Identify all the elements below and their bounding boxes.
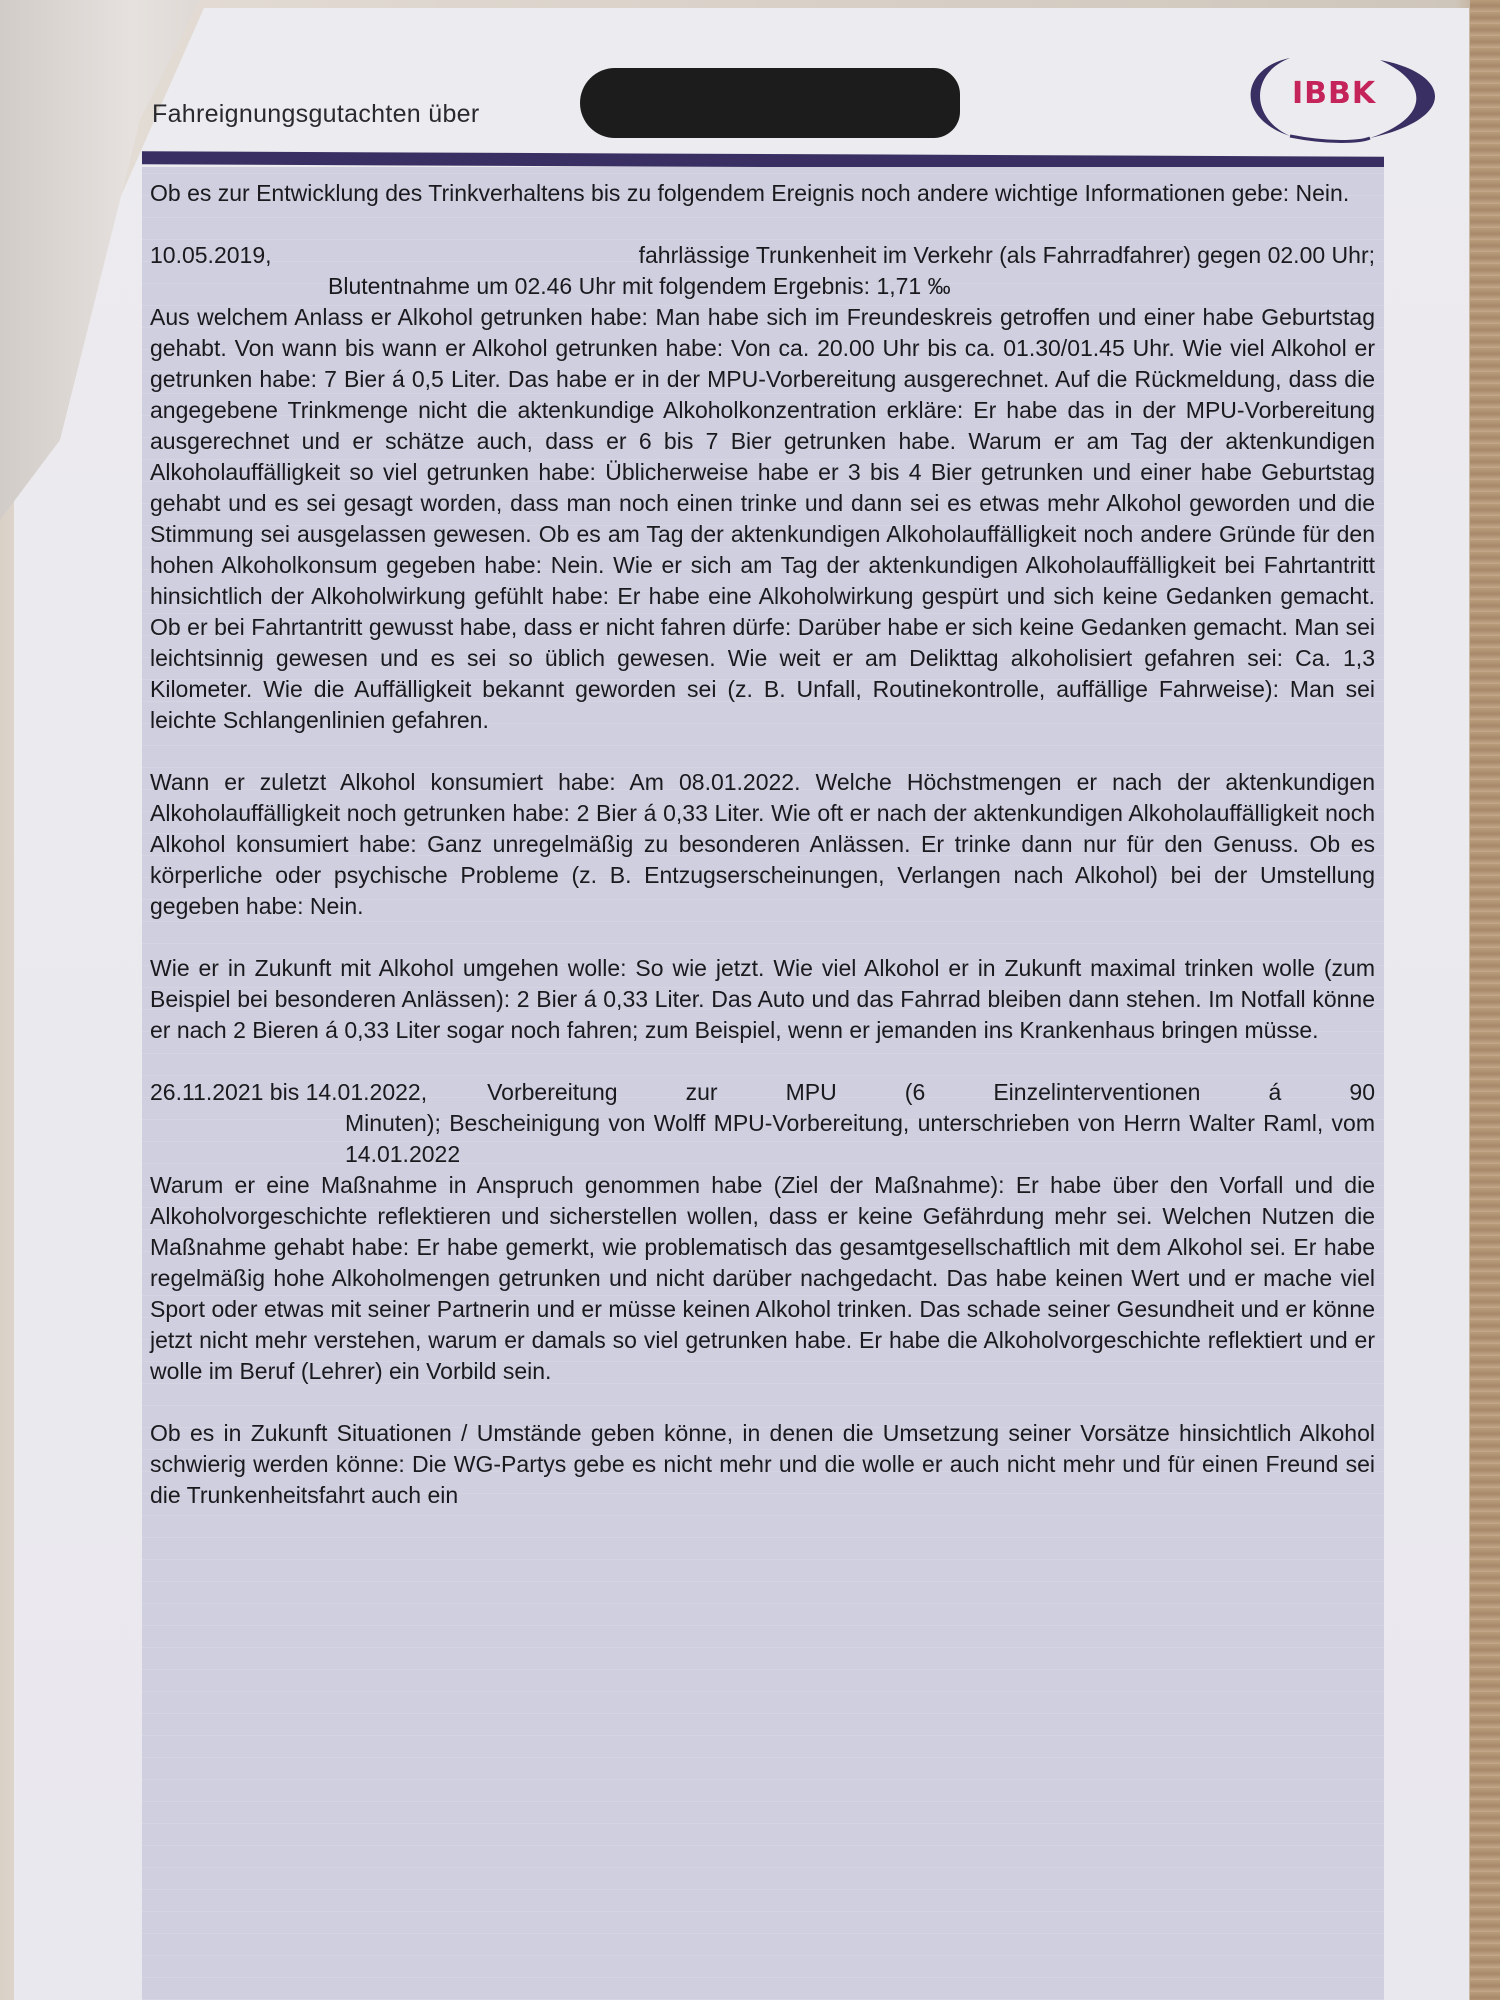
report-body: Ob es zur Entwicklung des Trinkverhalten… [150, 178, 1375, 1511]
mpu-date: 26.11.2021 bis 14.01.2022, [150, 1077, 427, 1108]
logo-text: IBBK [1292, 76, 1376, 111]
ibbk-logo: IBBK [1230, 48, 1470, 148]
mpu-heading: 26.11.2021 bis 14.01.2022, Vorbereitung … [150, 1077, 1375, 1108]
future-paragraph: Wie er in Zukunft mit Alkohol umgehen wo… [150, 953, 1375, 1046]
document-header-title: Fahreignungsgutachten über [152, 100, 479, 129]
incident-date: 10.05.2019, [150, 240, 272, 271]
incident-heading: 10.05.2019, fahrlässige Trunkenheit im V… [150, 240, 1375, 271]
situations-paragraph: Ob es in Zukunft Situationen / Umstände … [150, 1418, 1375, 1511]
mpu-certificate: Minuten); Bescheinigung von Wolff MPU-Vo… [150, 1108, 1375, 1170]
redacted-name [580, 68, 960, 138]
incident-blood-test: Blutentnahme um 02.46 Uhr mit folgendem … [150, 271, 1375, 302]
intro-paragraph: Ob es zur Entwicklung des Trinkverhalten… [150, 178, 1375, 209]
incident-description: fahrlässige Trunkenheit im Verkehr (als … [639, 240, 1375, 271]
after-incident-paragraph: Wann er zuletzt Alkohol konsumiert habe:… [150, 767, 1375, 922]
mpu-description: Vorbereitung zur MPU (6 Einzelinterventi… [427, 1077, 1375, 1108]
wooden-table-background [1470, 0, 1500, 2000]
mpu-paragraph: Warum er eine Maßnahme in Anspruch genom… [150, 1170, 1375, 1387]
incident-paragraph: Aus welchem Anlass er Alkohol getrunken … [150, 302, 1375, 736]
